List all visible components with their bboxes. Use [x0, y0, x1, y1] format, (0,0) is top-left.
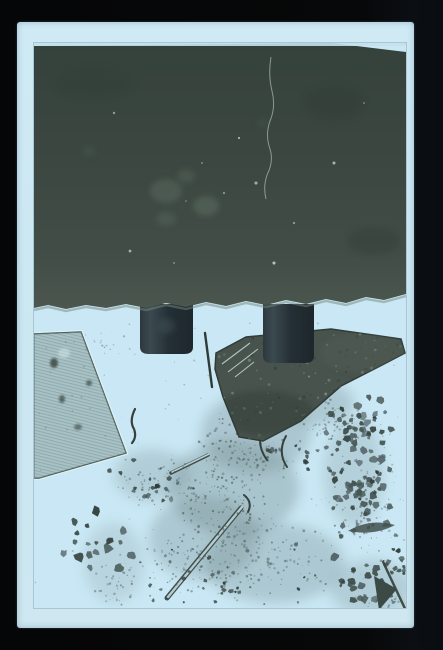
photograph — [33, 42, 407, 609]
photo-scene — [34, 43, 406, 608]
lantern-slide-mat — [17, 22, 414, 628]
slide-mount-black-border — [0, 0, 443, 650]
